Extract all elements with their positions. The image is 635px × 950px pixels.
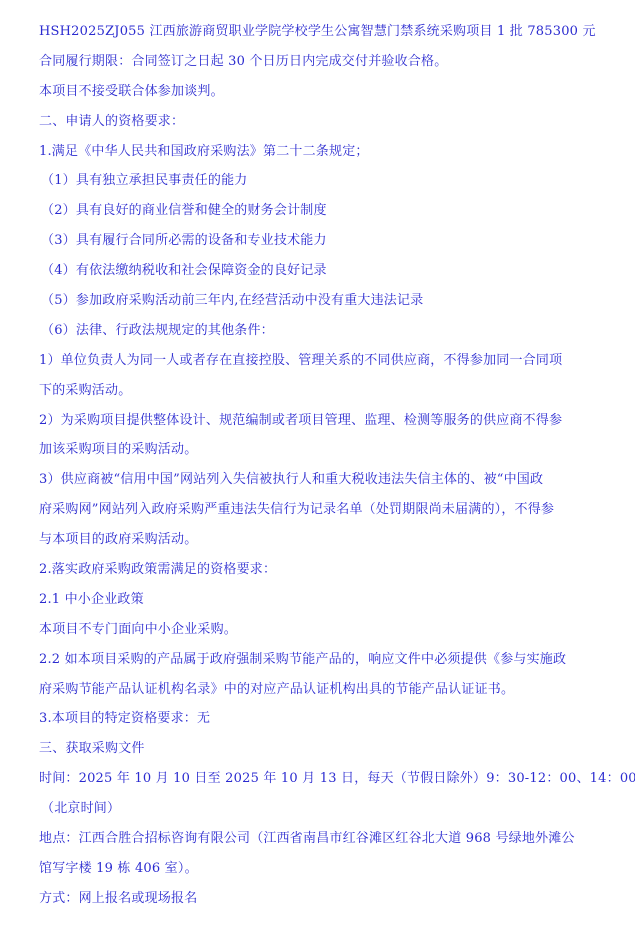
location-line-1: 地点：江西合胜合招标咨询有限公司（江西省南昌市红谷滩区红谷北大道 968 号绿地… bbox=[39, 824, 599, 854]
condition-1-line-2: 下的采购活动。 bbox=[39, 376, 599, 406]
requirement-item-6: （6）法律、行政法规规定的其他条件： bbox=[39, 316, 599, 346]
requirement-item-1: （1）具有独立承担民事责任的能力 bbox=[39, 166, 599, 196]
condition-1-line-1: 1）单位负责人为同一人或者存在直接控股、管理关系的不同供应商，不得参加同一合同项 bbox=[39, 346, 599, 376]
time-line-1: 时间：2025 年 10 月 10 日至 2025 年 10 月 13 日，每天… bbox=[39, 764, 599, 794]
requirement-item-3: （3）具有履行合同所必需的设备和专业技术能力 bbox=[39, 226, 599, 256]
requirement-1-heading: 1.满足《中华人民共和国政府采购法》第二十二条规定； bbox=[39, 137, 599, 167]
energy-saving-line-2: 府采购节能产品认证机构名录》中的对应产品认证机构出具的节能产品认证证书。 bbox=[39, 675, 599, 705]
condition-2-line-1: 2）为采购项目提供整体设计、规范编制或者项目管理、监理、检测等服务的供应商不得参 bbox=[39, 406, 599, 436]
requirement-item-5: （5）参加政府采购活动前三年内,在经营活动中没有重大违法记录 bbox=[39, 286, 599, 316]
condition-3-line-1: 3）供应商被“信用中国”网站列入失信被执行人和重大税收违法失信主体的、被“中国政 bbox=[39, 465, 599, 495]
project-title-line: HSH2025ZJ055 江西旅游商贸职业学院学校学生公寓智慧门禁系统采购项目 … bbox=[39, 17, 599, 47]
condition-3-line-3: 与本项目的政府采购活动。 bbox=[39, 525, 599, 555]
method-line: 方式：网上报名或现场报名 bbox=[39, 884, 599, 914]
energy-saving-line-1: 2.2 如本项目采购的产品属于政府强制采购节能产品的，响应文件中必须提供《参与实… bbox=[39, 645, 599, 675]
time-line-2: （北京时间） bbox=[39, 794, 599, 824]
condition-3-line-2: 府采购网”网站列入政府采购严重违法失信行为记录名单（处罚期限尚未届满的），不得参 bbox=[39, 495, 599, 525]
sme-policy-text: 本项目不专门面向中小企业采购。 bbox=[39, 615, 599, 645]
location-line-2: 馆写字楼 19 栋 406 室）。 bbox=[39, 854, 599, 884]
section-heading-obtain-documents: 三、获取采购文件 bbox=[39, 734, 599, 764]
requirement-item-4: （4）有依法缴纳税收和社会保障资金的良好记录 bbox=[39, 256, 599, 286]
consortium-line: 本项目不接受联合体参加谈判。 bbox=[39, 77, 599, 107]
requirement-2-heading: 2.落实政府采购政策需满足的资格要求： bbox=[39, 555, 599, 585]
section-heading-qualifications: 二、申请人的资格要求： bbox=[39, 107, 599, 137]
document-body: HSH2025ZJ055 江西旅游商贸职业学院学校学生公寓智慧门禁系统采购项目 … bbox=[39, 17, 599, 914]
requirement-item-2: （2）具有良好的商业信誉和健全的财务会计制度 bbox=[39, 196, 599, 226]
condition-2-line-2: 加该采购项目的采购活动。 bbox=[39, 435, 599, 465]
sme-policy-heading: 2.1 中小企业政策 bbox=[39, 585, 599, 615]
contract-period-line: 合同履行期限：合同签订之日起 30 个日历日内完成交付并验收合格。 bbox=[39, 47, 599, 77]
requirement-3-line: 3.本项目的特定资格要求：无 bbox=[39, 704, 599, 734]
